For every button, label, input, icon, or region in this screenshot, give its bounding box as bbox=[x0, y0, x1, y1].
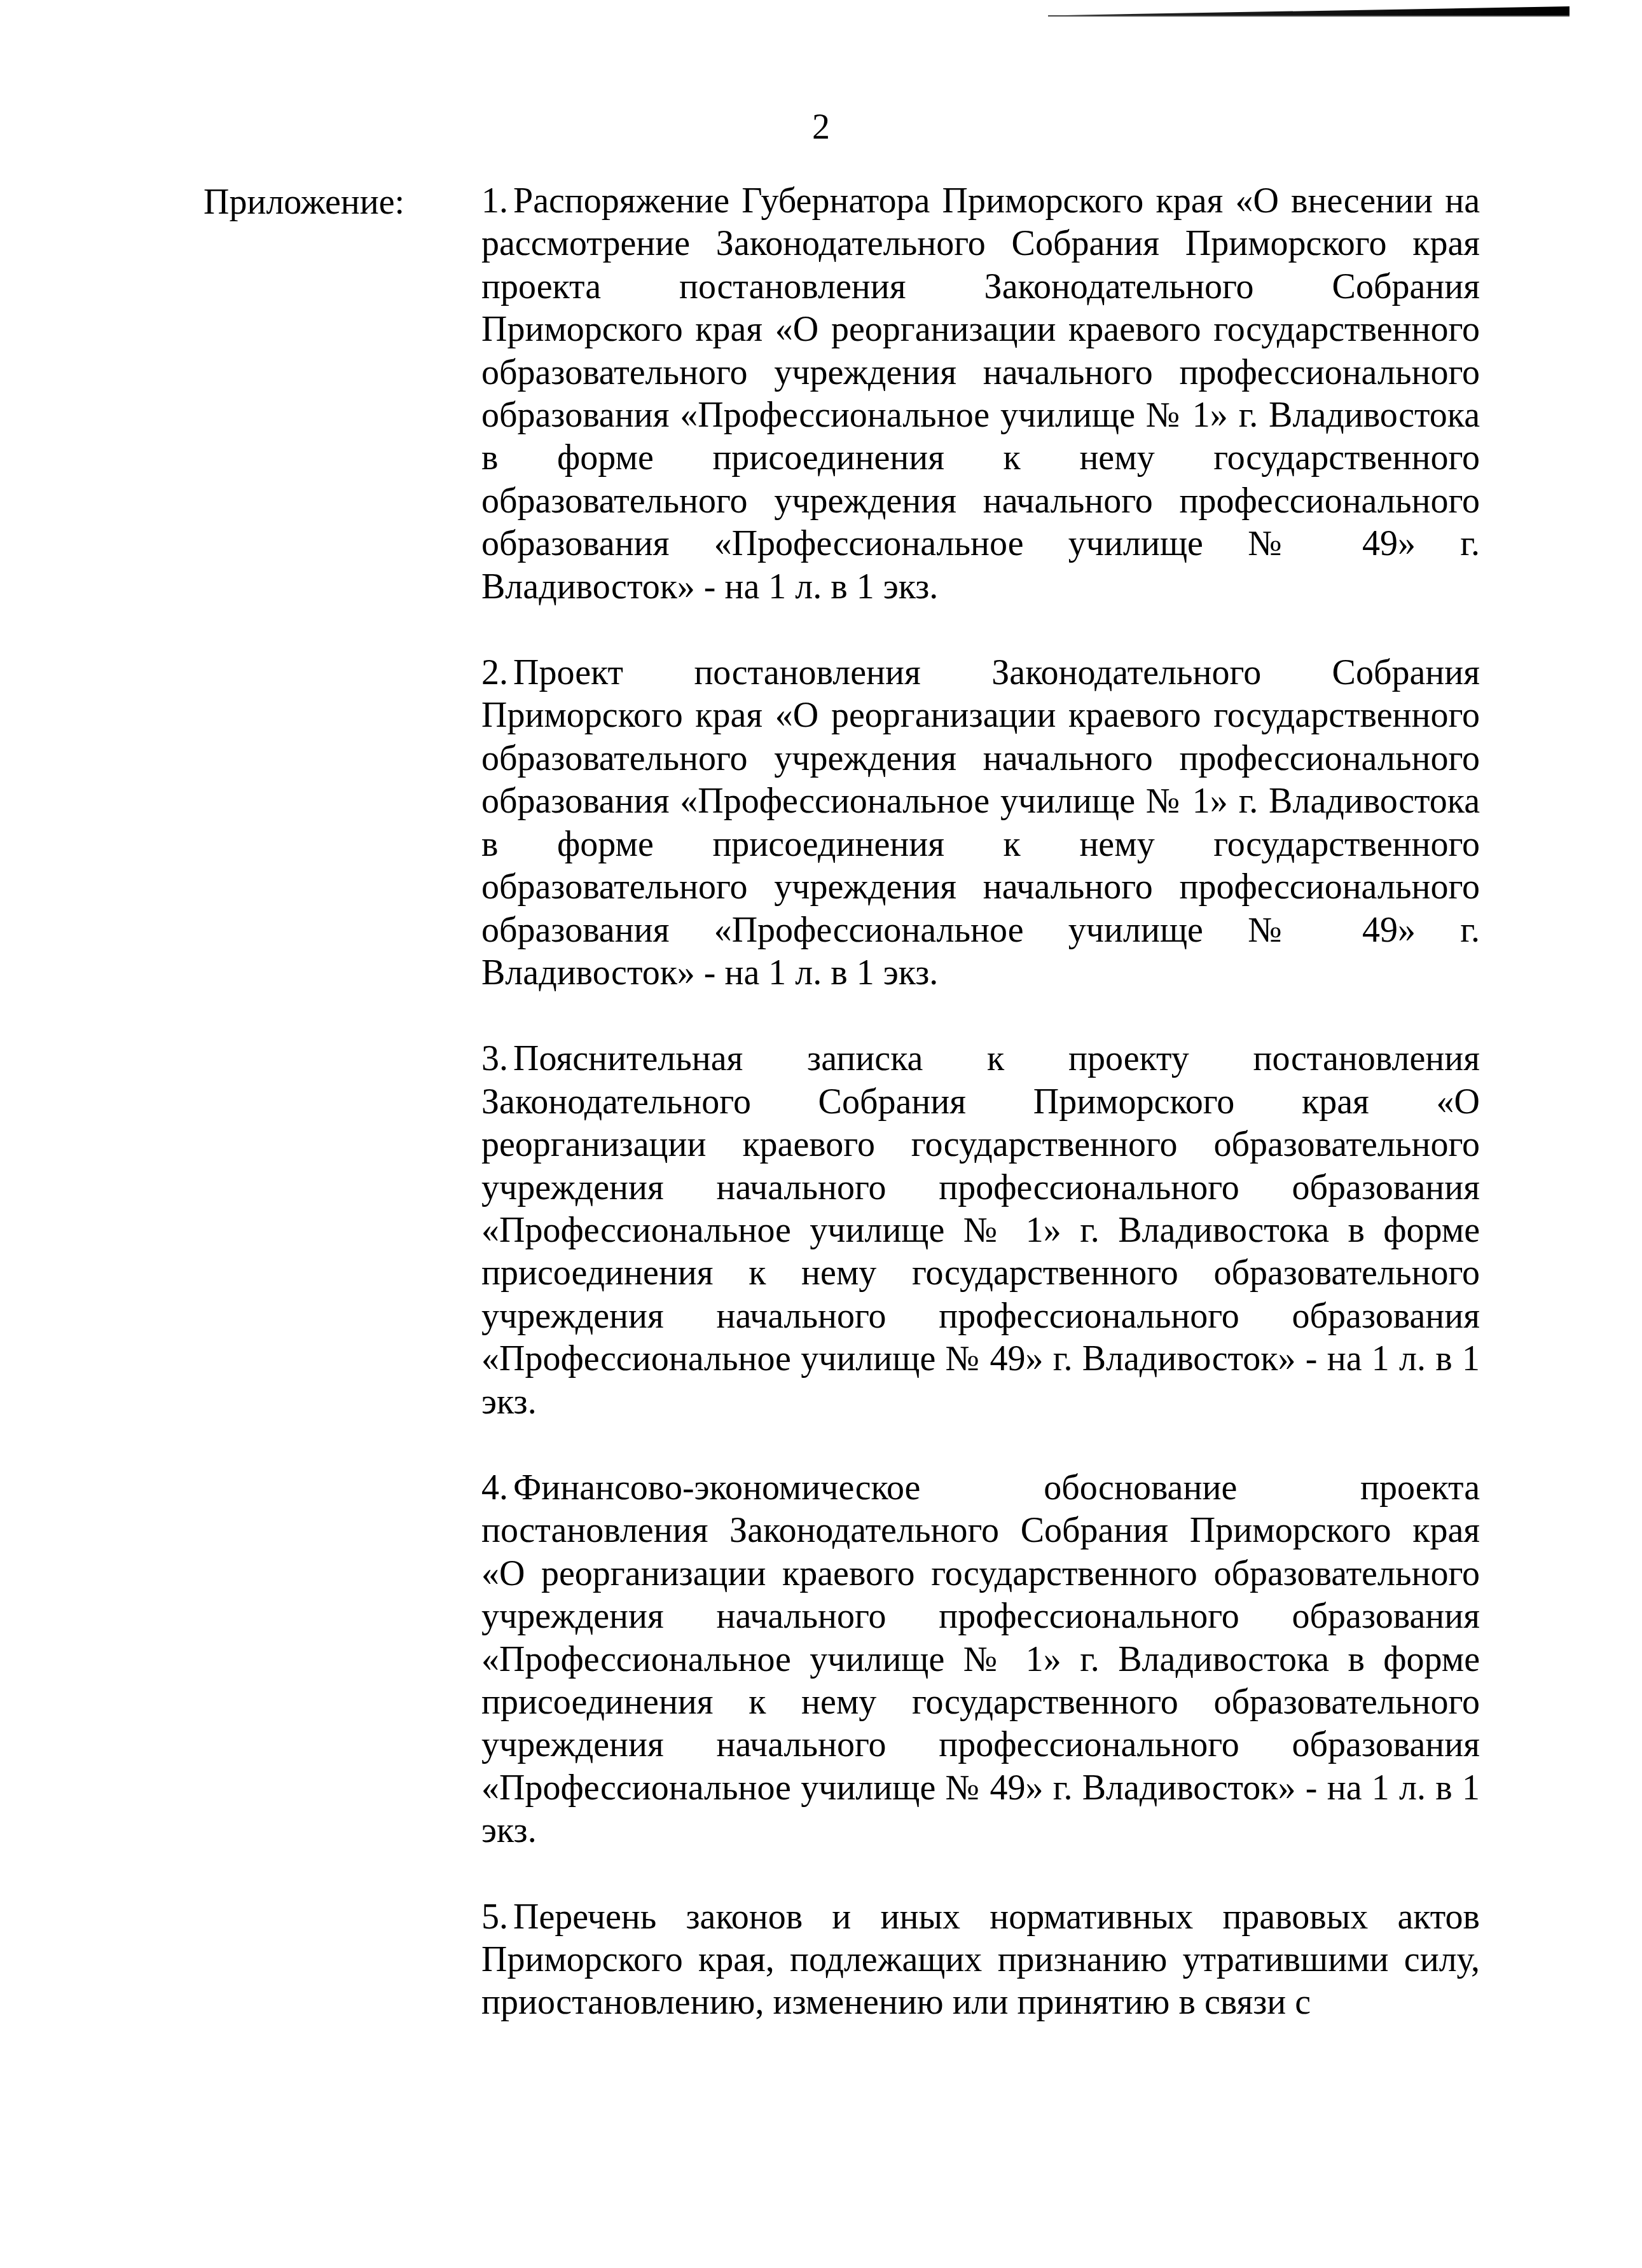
item-text: Распоряжение Губернатора Приморского кра… bbox=[481, 181, 1480, 607]
appendix-item-1: 1.Распоряжение Губернатора Приморского к… bbox=[481, 180, 1480, 608]
item-text: Пояснительная записка к проекту постанов… bbox=[481, 1039, 1480, 1421]
item-number: 2. bbox=[481, 653, 508, 692]
appendix-item-5: 5.Перечень законов и иных нормативных пр… bbox=[481, 1896, 1480, 2024]
appendix-label: Приложение: bbox=[204, 180, 404, 224]
item-number: 3. bbox=[481, 1039, 508, 1078]
appendix-item-3: 3.Пояснительная записка к проекту постан… bbox=[481, 1038, 1480, 1424]
item-text: Проект постановления Законодательного Со… bbox=[481, 653, 1480, 993]
appendix-item-2: 2.Проект постановления Законодательного … bbox=[481, 652, 1480, 994]
scan-artifact-line-thin bbox=[1048, 15, 1570, 17]
item-number: 4. bbox=[481, 1468, 508, 1508]
item-number: 1. bbox=[481, 181, 508, 221]
appendix-item-4: 4.Финансово-экономическое обоснование пр… bbox=[481, 1467, 1480, 1853]
item-text: Финансово-экономическое обоснование прое… bbox=[481, 1468, 1480, 1850]
page-number: 2 bbox=[0, 105, 1642, 149]
item-number: 5. bbox=[481, 1897, 508, 1937]
appendix-items-list: 1.Распоряжение Губернатора Приморского к… bbox=[481, 180, 1480, 2068]
item-text: Перечень законов и иных нормативных прав… bbox=[481, 1897, 1480, 2023]
